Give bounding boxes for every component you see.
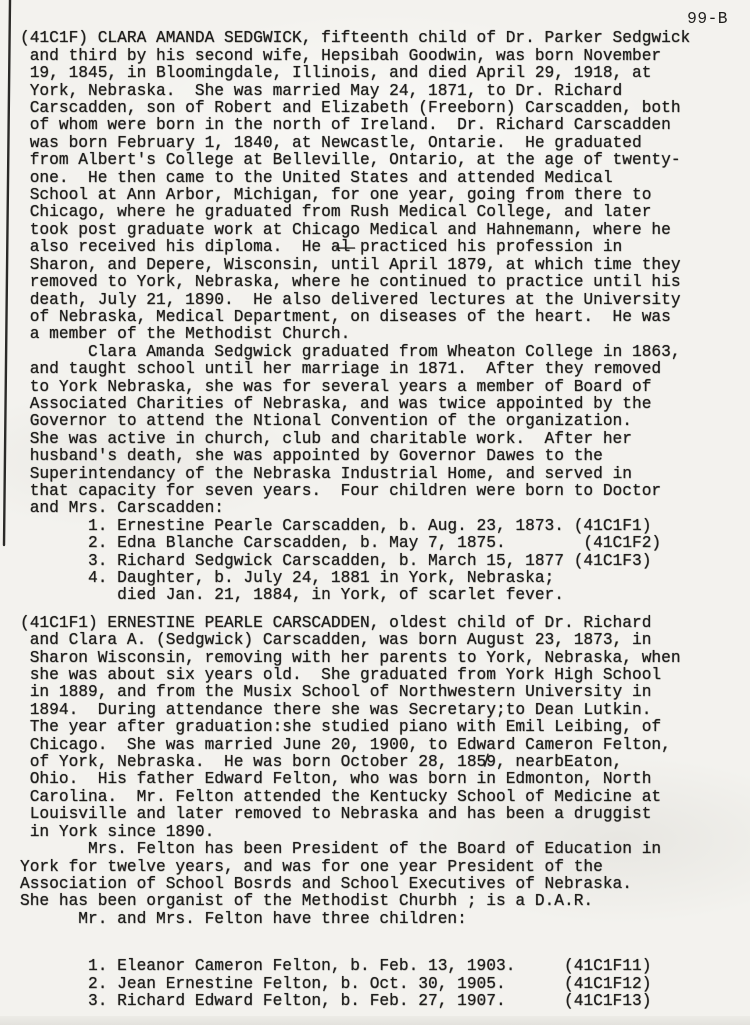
text-line: in York since 1890. <box>20 824 750 841</box>
text-line: York for twelve years, and was for one y… <box>20 859 750 876</box>
felton-children-list: 1. Eleanor Cameron Felton, b. Feb. 13, 1… <box>20 958 750 1010</box>
text-line: a member of the Methodist Church. <box>20 326 750 343</box>
text-line: Governor to attend the Ntional Conventio… <box>20 413 750 430</box>
text-line: death, July 21, 1890. He also delivered … <box>20 292 750 309</box>
text-line: 3. Richard Sedgwick Carscadden, b. March… <box>20 553 750 570</box>
text-line: Chicago, where he graduated from Rush Me… <box>20 204 750 221</box>
text-line: Carolina. Mr. Felton attended the Kentuc… <box>20 789 750 806</box>
text-line: was born February 1, 1840, at Newcastle,… <box>20 135 750 152</box>
text-line: Louisville and later removed to Nebraska… <box>20 806 750 823</box>
text-line: Superintendancy of the Nebraska Industri… <box>20 466 750 483</box>
text-line: and Mrs. Carscadden: <box>20 500 750 517</box>
text-line: also received his diploma. He a̶l̶ pract… <box>20 239 750 256</box>
text-line: from Albert's College at Belleville, Ont… <box>20 152 750 169</box>
scan-bottom-shadow <box>0 1016 750 1025</box>
text-line: Chicago. She was married June 20, 1900, … <box>20 737 750 754</box>
text-line: 4. Daughter, b. July 24, 1881 in York, N… <box>20 570 750 587</box>
text-line: Carscadden, son of Robert and Elizabeth … <box>20 100 750 117</box>
text-line: 2. Edna Blanche Carscadden, b. May 7, 18… <box>20 535 750 552</box>
entry-41C1F-paragraph-1: (41C1F) CLARA AMANDA SEDGWICK, fifteenth… <box>20 30 750 343</box>
text-line: (41C1F) CLARA AMANDA SEDGWICK, fifteenth… <box>20 30 750 47</box>
text-line: School at Ann Arbor, Michigan, for one y… <box>20 187 750 204</box>
text-line: Clara Amanda Sedgwick graduated from Whe… <box>20 344 750 361</box>
entry-41C1F1-paragraph-2: Mrs. Felton has been President of the Bo… <box>20 841 750 928</box>
typewritten-document: (41C1F) CLARA AMANDA SEDGWICK, fifteenth… <box>0 28 750 1010</box>
entry-41C1F1-paragraph-1: (41C1F1) ERNESTINE PEARLE CARSCADDEN, ol… <box>20 615 750 841</box>
text-line: York, Nebraska. She was married May 24, … <box>20 83 750 100</box>
text-line: 3. Richard Edward Felton, b. Feb. 27, 19… <box>20 993 750 1010</box>
text-line: Mr. and Mrs. Felton have three children: <box>20 911 750 928</box>
text-line: to York Nebraska, she was for several ye… <box>20 379 750 396</box>
text-line: She was active in church, club and chari… <box>20 431 750 448</box>
text-line: Mrs. Felton has been President of the Bo… <box>20 841 750 858</box>
text-line: husband's death, she was appointed by Go… <box>20 448 750 465</box>
text-line: Sharon Wisconsin, removing with her pare… <box>20 650 750 667</box>
text-line: took post graduate work at Chicago Medic… <box>20 222 750 239</box>
text-line: She has been organist of the Methodist C… <box>20 893 750 910</box>
text-line: (41C1F1) ERNESTINE PEARLE CARSCADDEN, ol… <box>20 615 750 632</box>
text-line: Association of School Bosrds and School … <box>20 876 750 893</box>
text-line: she was about six years old. She graduat… <box>20 667 750 684</box>
text-line: 1894. During attendance there she was Se… <box>20 702 750 719</box>
text-line: 1. Ernestine Pearle Carscadden, b. Aug. … <box>20 518 750 535</box>
text-line: Sharon, and Depere, Wisconsin, until Apr… <box>20 257 750 274</box>
text-line: and taught school until her marriage in … <box>20 361 750 378</box>
text-line: The year after graduation:she studied pi… <box>20 719 750 736</box>
text-line: that capacity for seven years. Four chil… <box>20 483 750 500</box>
entry-41C1F-paragraph-2: Clara Amanda Sedgwick graduated from Whe… <box>20 344 750 518</box>
text-line: of Nebraska, Medical Department, on dise… <box>20 309 750 326</box>
text-line: of whom were born in the north of Irelan… <box>20 117 750 134</box>
text-line: removed to York, Nebraska, where he cont… <box>20 274 750 291</box>
text-line: and Clara A. (Sedgwick) Carscadden, was … <box>20 632 750 649</box>
text-line: died Jan. 21, 1884, in York, of scarlet … <box>20 587 750 604</box>
scanned-page: 99-B (41C1F) CLARA AMANDA SEDGWICK, fift… <box>0 0 750 1025</box>
text-line: of York, Nebraska. He was born October 2… <box>20 754 750 771</box>
page-number: 99-B <box>0 0 750 28</box>
text-line: 1. Eleanor Cameron Felton, b. Feb. 13, 1… <box>20 958 750 975</box>
carscadden-children-list: 1. Ernestine Pearle Carscadden, b. Aug. … <box>20 518 750 605</box>
text-line: and third by his second wife, Hepsibah G… <box>20 48 750 65</box>
text-line: Ohio. His father Edward Felton, who was … <box>20 771 750 788</box>
text-line: 2. Jean Ernestine Felton, b. Oct. 30, 19… <box>20 976 750 993</box>
text-line: one. He then came to the United States a… <box>20 170 750 187</box>
text-line: 19, 1845, in Bloomingdale, Illinois, and… <box>20 65 750 82</box>
text-line: Associated Charities of Nebraska, and wa… <box>20 396 750 413</box>
text-line: in 1889, and from the Musix School of No… <box>20 684 750 701</box>
